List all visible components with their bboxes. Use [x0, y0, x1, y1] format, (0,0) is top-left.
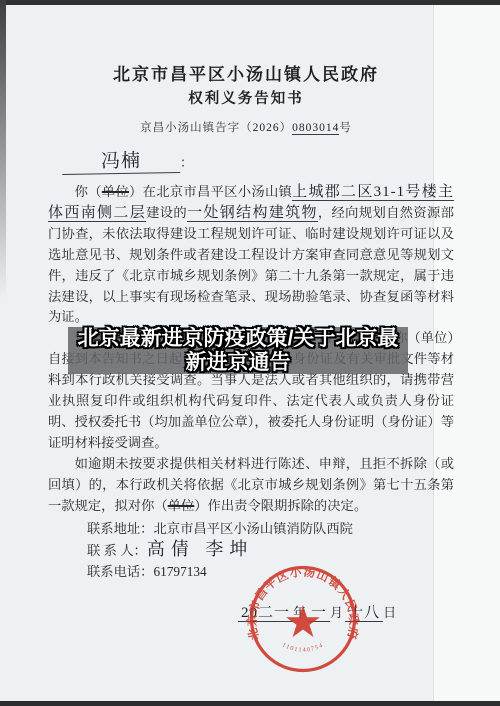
banner-overlay: 北京最新进京防疫政策/关于北京最新进京通告 — [68, 327, 408, 374]
p1-text: ，经向规划自然资源部门协查，未依法取得建设工程规划许可证、临时建设规划许可证以及… — [48, 205, 454, 325]
contact-person-line: 联 系 人：高倩 李坤 — [48, 539, 454, 562]
p1-text: 你（ — [75, 184, 102, 199]
date-year-handwritten: 20二一 — [238, 605, 293, 622]
paragraph-consequence: 如逾期未按要求提供相关材料进行陈述、申辩，且拒不拆除（或回填）的，本行政机关将依… — [48, 454, 454, 517]
p1-text: 建设的 — [146, 205, 187, 220]
date-line: 20二一年一月十八日 — [238, 601, 398, 622]
contact-person-handwritten: 高倩 李坤 — [147, 539, 254, 559]
contact-address-line: 联系地址：北京市昌平区小汤山镇消防队西院 — [48, 519, 454, 540]
date-month-char: 月 — [330, 605, 345, 620]
banner-text: 北京最新进京防疫政策/关于北京最新进京通告 — [78, 327, 399, 375]
recipient-name-handwritten: 冯楠 — [62, 145, 180, 175]
p1-building-handwritten: 一处钢结构建筑物 — [187, 205, 318, 222]
doc-number-suffix: 号 — [339, 122, 352, 134]
scan-edge-left — [0, 0, 6, 300]
banner-line1: 北京最新进京防疫政策/关于北京最 — [78, 327, 399, 350]
contact-address-label: 联系地址： — [87, 521, 153, 536]
banner-line2: 新进京通告 — [186, 351, 291, 374]
contact-address-value: 北京市昌平区小汤山镇消防队西院 — [153, 521, 352, 536]
doc-number-close: ） — [280, 122, 293, 134]
date-year-char: 年 — [293, 605, 308, 620]
doc-number-serial-handwritten: 0803014 — [292, 122, 339, 135]
document-subtitle: 权利义务告知书 — [0, 87, 492, 108]
p3-text: ）作出责令限期拆除的决定。 — [194, 498, 367, 513]
doc-number-prefix: 京昌小汤山镇告字（ — [140, 122, 253, 134]
document-title: 北京市昌平区小汤山镇人民政府 — [0, 60, 492, 85]
p1-struck-word: 单位 — [102, 184, 129, 199]
document-body: 你（单位）在北京市昌平区小汤山镇上城郡二区31-1号楼主体西南侧二层建设的一处钢… — [48, 182, 454, 583]
seal-code-text: 1101140754 — [281, 642, 325, 653]
contact-phone-value: 61797134 — [153, 564, 206, 579]
doc-number-year-handwritten: 2026 — [253, 122, 280, 134]
date-day-handwritten: 十八 — [345, 605, 383, 622]
p3-struck-word: 单位 — [168, 498, 195, 513]
contact-phone-label: 联系电话： — [87, 564, 153, 579]
scan-edge-top — [0, 0, 500, 5]
date-month-handwritten: 一 — [308, 605, 330, 622]
scan-edge-bottom — [0, 701, 500, 706]
contact-person-label: 联 系 人： — [87, 543, 147, 558]
recipient-colon: ： — [180, 155, 193, 170]
paragraph-facts: 你（单位）在北京市昌平区小汤山镇上城郡二区31-1号楼主体西南侧二层建设的一处钢… — [48, 182, 454, 328]
document-number: 京昌小汤山镇告字（2026）0803014号 — [0, 119, 492, 135]
contact-phone-line: 联系电话：61797134 — [48, 562, 454, 583]
contact-block: 联系地址：北京市昌平区小汤山镇消防队西院 联 系 人：高倩 李坤 联系电话：61… — [48, 519, 454, 584]
p1-text: ）在北京市昌平区小汤山镇 — [129, 184, 292, 199]
recipient-line: 冯楠： — [62, 146, 193, 174]
date-day-char: 日 — [383, 605, 398, 620]
